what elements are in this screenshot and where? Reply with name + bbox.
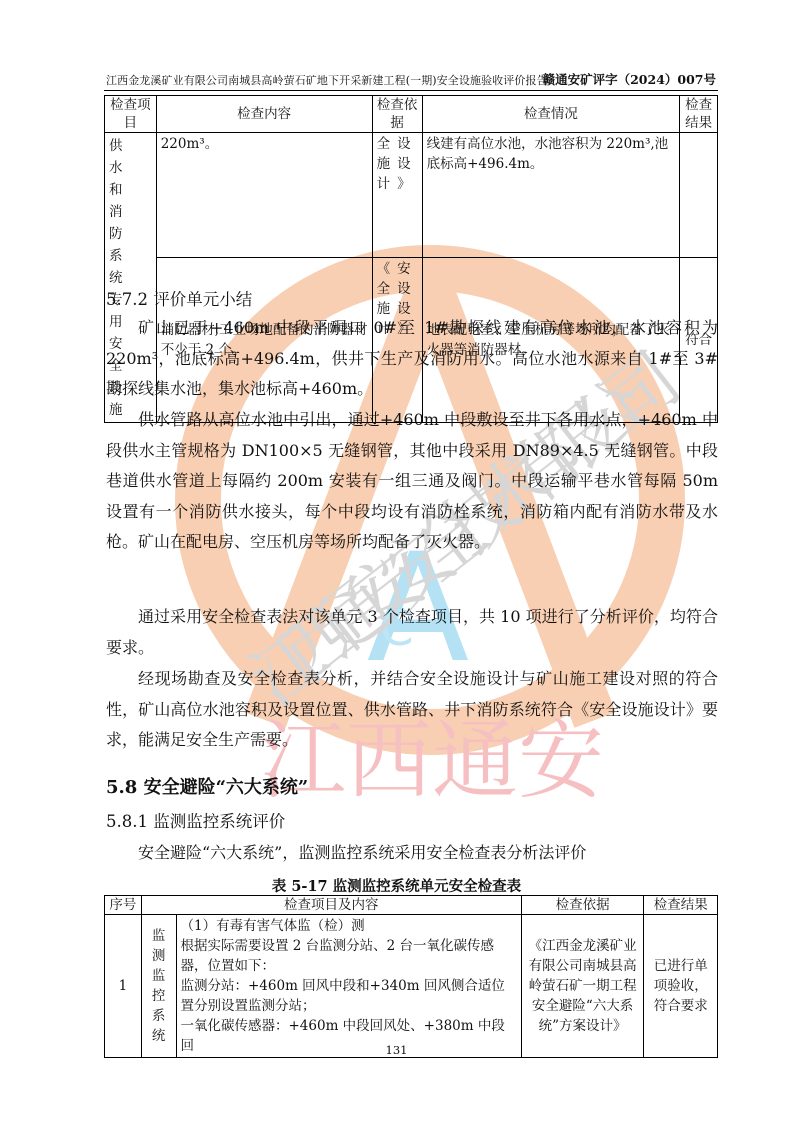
check-content-cell: （1）有毒有害气体监（检）测 根据实际需要设置 2 台监测分站、2 台一氧化碳传…: [176, 915, 521, 1058]
header-check-content: 检查内容: [156, 96, 372, 133]
summary-paragraph: 矿山已于+460m 中段平硐口 0#至 1#勘探线建有高位水池，水池容积为 22…: [106, 313, 718, 405]
header-check-item: 检查项目: [105, 96, 157, 133]
summary-paragraph: 经现场勘查及安全检查表分析，并结合安全设施设计与矿山施工建设对照的符合性，矿山高…: [106, 664, 718, 756]
section-title-5-8: 5.8 安全避险“六大系统”: [106, 773, 308, 799]
header-serial-no: 序号: [105, 896, 142, 915]
content-line: 根据实际需要设置 2 台监测分站、2 台一氧化碳传感器，位置如下：: [181, 936, 517, 976]
check-basis-cell: 全设施设计》: [372, 133, 422, 258]
header-check-situation: 检查情况: [422, 96, 680, 133]
table-header-row: 序号 检查项目及内容 检查依据 检查结果: [105, 896, 718, 915]
header-report-number: 赣通安矿评字（2024）007号: [543, 70, 716, 88]
header-check-item-content: 检查项目及内容: [141, 896, 521, 915]
check-item-cell: 监测监控系统: [141, 915, 176, 1058]
header-check-result: 检查结果: [680, 96, 718, 133]
header-check-result: 检查结果: [644, 896, 718, 915]
content-line: （1）有毒有害气体监（检）测: [181, 916, 517, 936]
page-number: 131: [0, 1043, 793, 1057]
section-title-5-8-1: 5.8.1 监测监控系统评价: [106, 808, 285, 832]
check-result-cell: 已进行单项验收，符合要求: [644, 915, 718, 1058]
header-check-basis: 检查依据: [521, 896, 644, 915]
table-row: 1 监测监控系统 （1）有毒有害气体监（检）测 根据实际需要设置 2 台监测分站…: [105, 915, 718, 1058]
check-situation-cell: 线建有高位水池，水池容积为 220m³,池底标高+496.4m。: [422, 133, 680, 258]
section-title-5-7-2: 5.7.2 评价单元小结: [106, 286, 252, 310]
table-header-row: 检查项目 检查内容 检查依据 检查情况 检查结果: [105, 96, 718, 133]
table-caption: 表 5-17 监测监控系统单元安全检查表: [0, 875, 793, 896]
header-check-basis: 检查依据: [372, 96, 422, 133]
check-basis-cell: 《江西金龙溪矿业有限公司南城县高岭萤石矿一期工程安全避险“六大系统”方案设计》: [521, 915, 644, 1058]
check-content-cell: 220m³。: [156, 133, 372, 258]
header-report-title: 江西金龙溪矿业有限公司南城县高岭萤石矿地下开采新建工程(一期)安全设施验收评价报…: [106, 72, 548, 88]
content-line: 监测分站：+460m 回风中段和+340m 回风侧合适位置分别设置监测分站；: [181, 976, 517, 1016]
table-row: 供水和消防系统专用安全设施 220m³。 全设施设计》 线建有高位水池，水池容积…: [105, 133, 718, 258]
page-header: 江西金龙溪矿业有限公司南城县高岭萤石矿地下开采新建工程(一期)安全设施验收评价报…: [104, 70, 718, 91]
monitoring-check-table: 序号 检查项目及内容 检查依据 检查结果 1 监测监控系统 （1）有毒有害气体监…: [104, 895, 718, 1058]
serial-no-cell: 1: [105, 915, 142, 1058]
summary-paragraph: 供水管路从高位水池中引出，通过+460m 中段敷设至井下各用水点，+460m 中…: [106, 405, 718, 558]
check-result-cell: [680, 133, 718, 258]
summary-paragraph: 通过采用安全检查表法对该单元 3 个检查项目，共 10 项进行了分析评价，均符合…: [106, 602, 718, 663]
section-intro: 安全避险“六大系统”，监测监控系统采用安全检查表分析法评价: [106, 838, 718, 869]
